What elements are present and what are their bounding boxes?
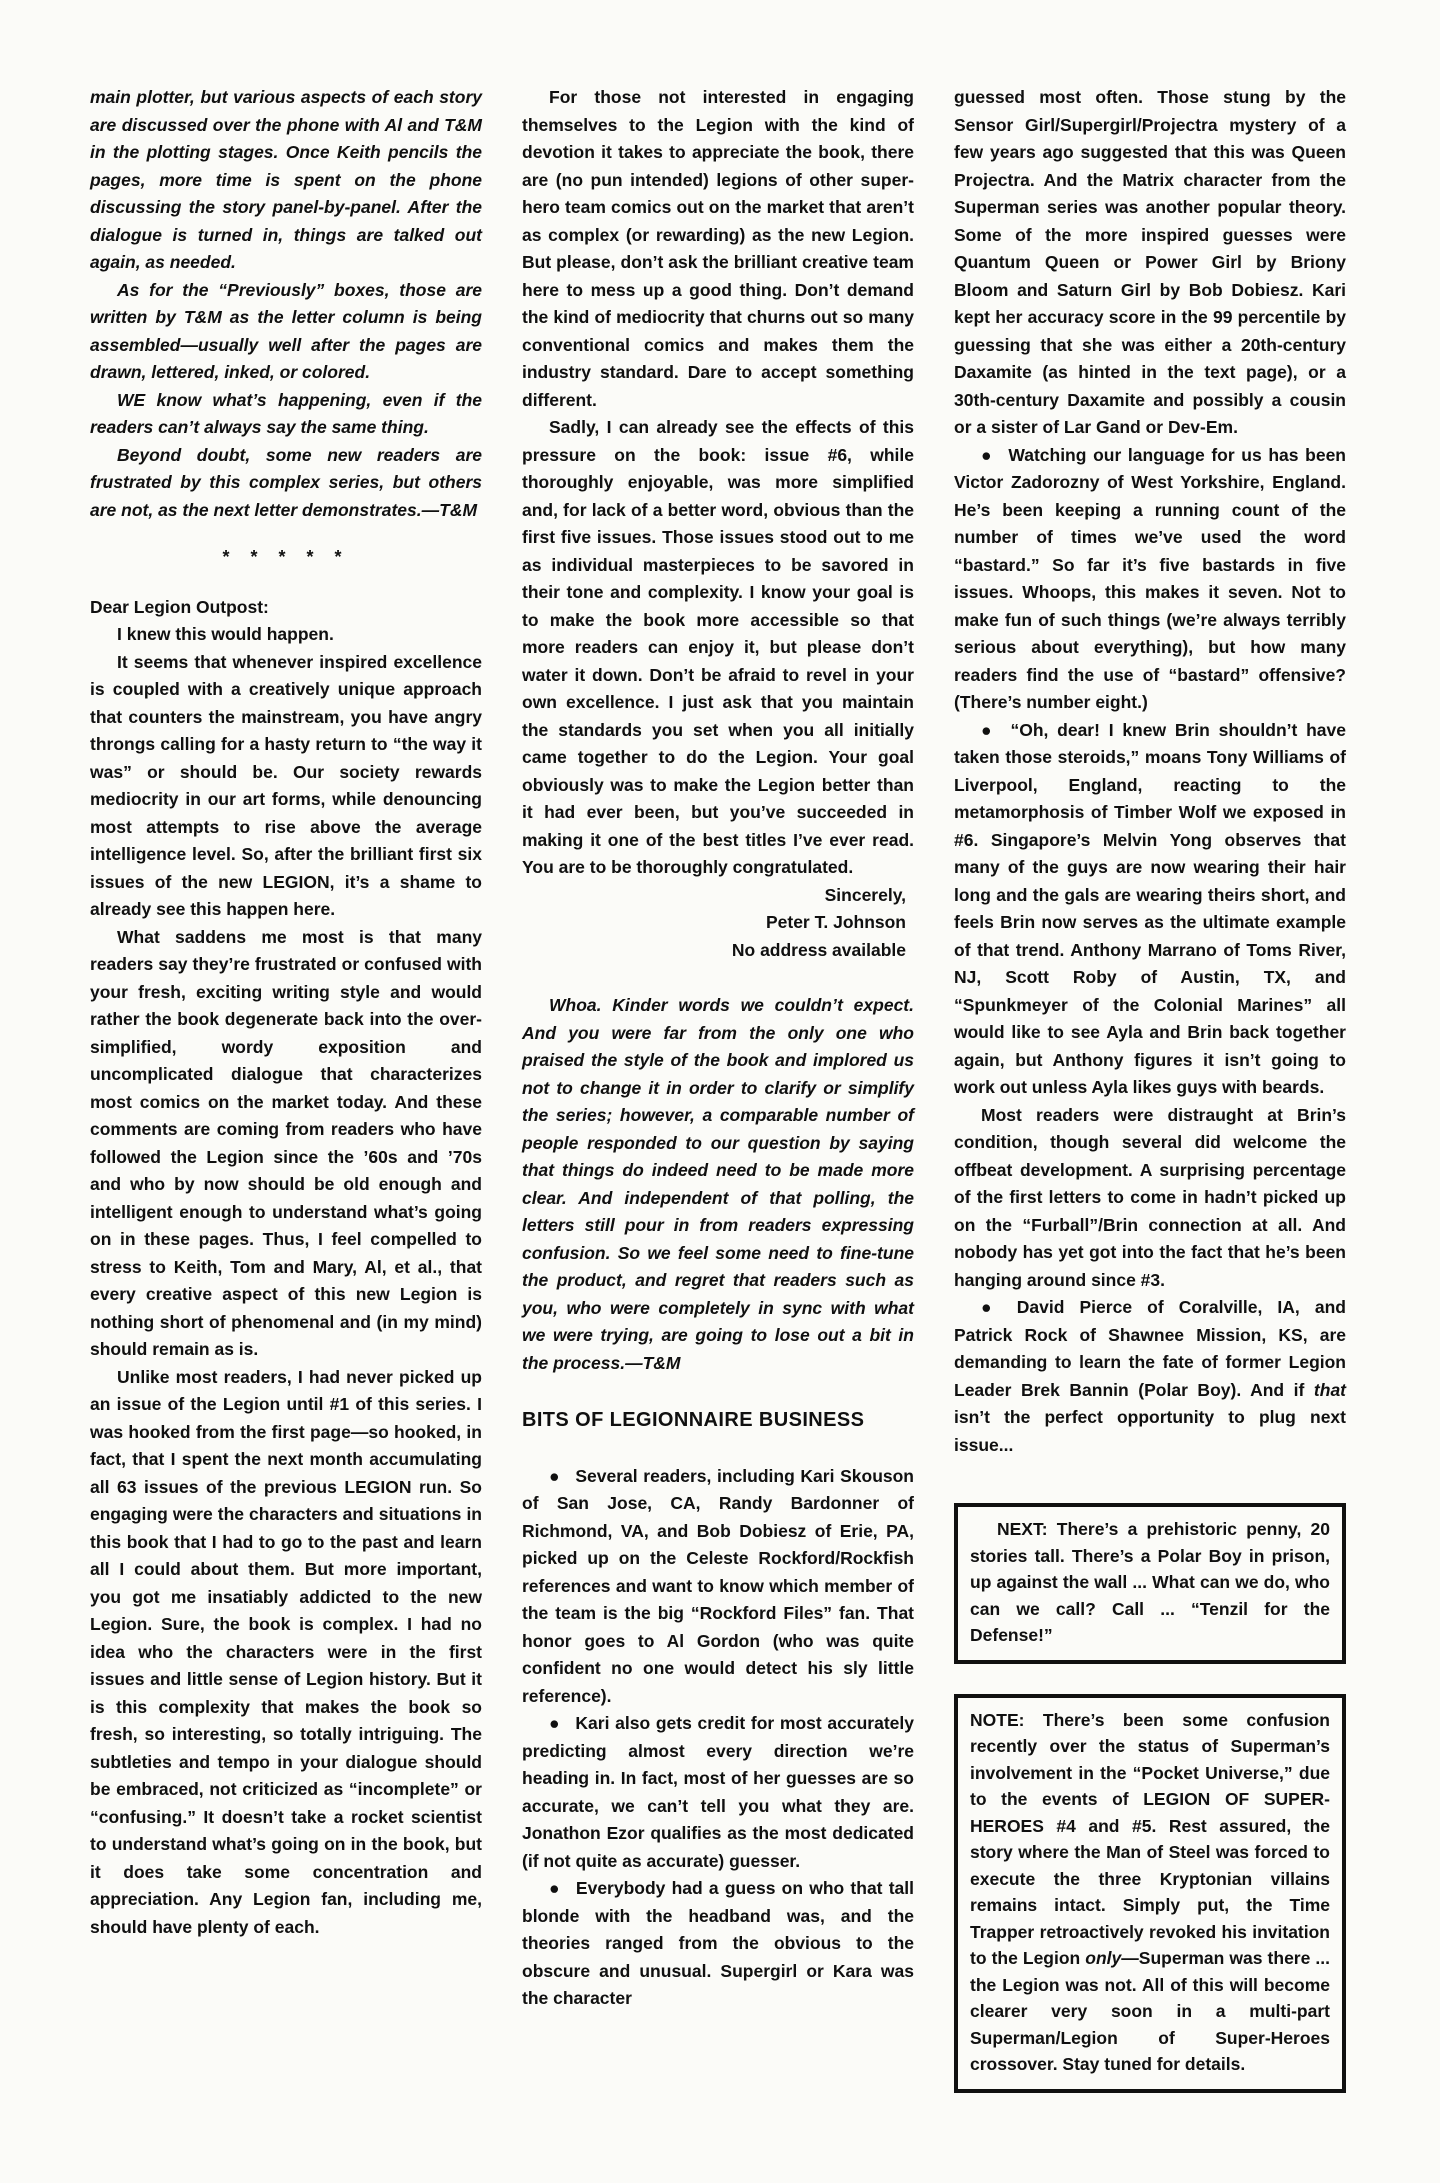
bullet-icon: ●: [981, 720, 1010, 740]
box-paragraph: NOTE: There’s been some confusion recent…: [970, 1707, 1330, 2078]
signature-line: Peter T. Johnson: [522, 909, 906, 937]
text-run: WE know what’s happening, even if the re…: [90, 390, 482, 438]
text-run: Beyond doubt, some new readers are frust…: [90, 445, 482, 520]
editorial-paragraph: main plotter, but various aspects of eac…: [90, 84, 482, 277]
paragraph: ●Kari also gets credit for most accurate…: [522, 1710, 914, 1875]
text-run: Dear Legion Outpost:: [90, 597, 269, 617]
editorial-paragraph: Whoa. Kinder words we couldn’t expect. A…: [522, 992, 914, 1377]
text-run: It seems that whenever inspired excellen…: [90, 652, 482, 920]
bullet-icon: ●: [549, 1713, 575, 1733]
paragraph: I knew this would happen.: [90, 621, 482, 649]
text-run: guessed most often. Those stung by the S…: [954, 87, 1346, 437]
text-run: isn’t the perfect opportunity to plug ne…: [954, 1407, 1346, 1455]
text-run: Everybody had a guess on who that tall b…: [522, 1878, 914, 2008]
stars-separator: * * * * *: [90, 544, 482, 572]
text-run: Several readers, including Kari Skouson …: [522, 1466, 914, 1706]
paragraph: ●Everybody had a guess on who that tall …: [522, 1875, 914, 2013]
salutation: Dear Legion Outpost:: [90, 594, 482, 622]
text-run: Whoa. Kinder words we couldn’t expect. A…: [522, 995, 914, 1373]
text-run: that: [1314, 1380, 1346, 1400]
paragraph: It seems that whenever inspired excellen…: [90, 649, 482, 924]
editorial-paragraph: Beyond doubt, some new readers are frust…: [90, 442, 482, 525]
signature-line: Sincerely,: [522, 882, 906, 910]
text-run: Unlike most readers, I had never picked …: [90, 1367, 482, 1937]
text-column-1: main plotter, but various aspects of eac…: [90, 84, 482, 1941]
text-run: NOTE: There’s been some confusion recent…: [970, 1710, 1330, 1969]
editorial-paragraph: WE know what’s happening, even if the re…: [90, 387, 482, 442]
bullet-icon: ●: [549, 1878, 576, 1898]
editorial-paragraph: As for the “Previously” boxes, those are…: [90, 277, 482, 387]
text-run: main plotter, but various aspects of eac…: [90, 87, 482, 272]
text-run: “Oh, dear! I knew Brin shouldn’t have ta…: [954, 720, 1346, 1098]
paragraph: Unlike most readers, I had never picked …: [90, 1364, 482, 1942]
paragraph: ●“Oh, dear! I knew Brin shouldn’t have t…: [954, 717, 1346, 1102]
text-run: Sadly, I can already see the effects of …: [522, 417, 914, 877]
bullet-icon: ●: [981, 445, 1008, 465]
text-run: only: [1085, 1948, 1121, 1968]
paragraph: ●Several readers, including Kari Skouson…: [522, 1463, 914, 1711]
paragraph: ●Watching our language for us has been V…: [954, 442, 1346, 717]
text-run: As for the “Previously” boxes, those are…: [90, 280, 482, 383]
signature-block: Sincerely,Peter T. JohnsonNo address ava…: [522, 882, 914, 965]
section-heading: BITS OF LEGIONNAIRE BUSINESS: [522, 1407, 914, 1435]
text-run: I knew this would happen.: [117, 624, 334, 644]
letters-page: main plotter, but various aspects of eac…: [0, 0, 1440, 2183]
text-run: NEXT:: [997, 1519, 1048, 1539]
signature-line: No address available: [522, 937, 906, 965]
next-box: NEXT: There’s a prehistoric penny, 20 st…: [954, 1503, 1346, 1664]
box-paragraph: NEXT: There’s a prehistoric penny, 20 st…: [970, 1516, 1330, 1649]
text-column-2: For those not interested in engaging the…: [522, 84, 914, 2013]
paragraph: Sadly, I can already see the effects of …: [522, 414, 914, 882]
paragraph: What saddens me most is that many reader…: [90, 924, 482, 1364]
bullet-icon: ●: [549, 1466, 575, 1486]
note-box: NOTE: There’s been some confusion recent…: [954, 1694, 1346, 2093]
paragraph: guessed most often. Those stung by the S…: [954, 84, 1346, 442]
text-run: What saddens me most is that many reader…: [90, 927, 482, 1360]
text-run: For those not interested in engaging the…: [522, 87, 914, 410]
bullet-icon: ●: [981, 1297, 1017, 1317]
text-run: Kari also gets credit for most accuratel…: [522, 1713, 914, 1871]
paragraph: For those not interested in engaging the…: [522, 84, 914, 414]
paragraph: ●David Pierce of Coralville, IA, and Pat…: [954, 1294, 1346, 1459]
text-run: Most readers were distraught at Brin’s c…: [954, 1105, 1346, 1290]
paragraph: Most readers were distraught at Brin’s c…: [954, 1102, 1346, 1295]
text-run: Watching our language for us has been Vi…: [954, 445, 1346, 713]
text-column-3: guessed most often. Those stung by the S…: [954, 84, 1346, 2093]
